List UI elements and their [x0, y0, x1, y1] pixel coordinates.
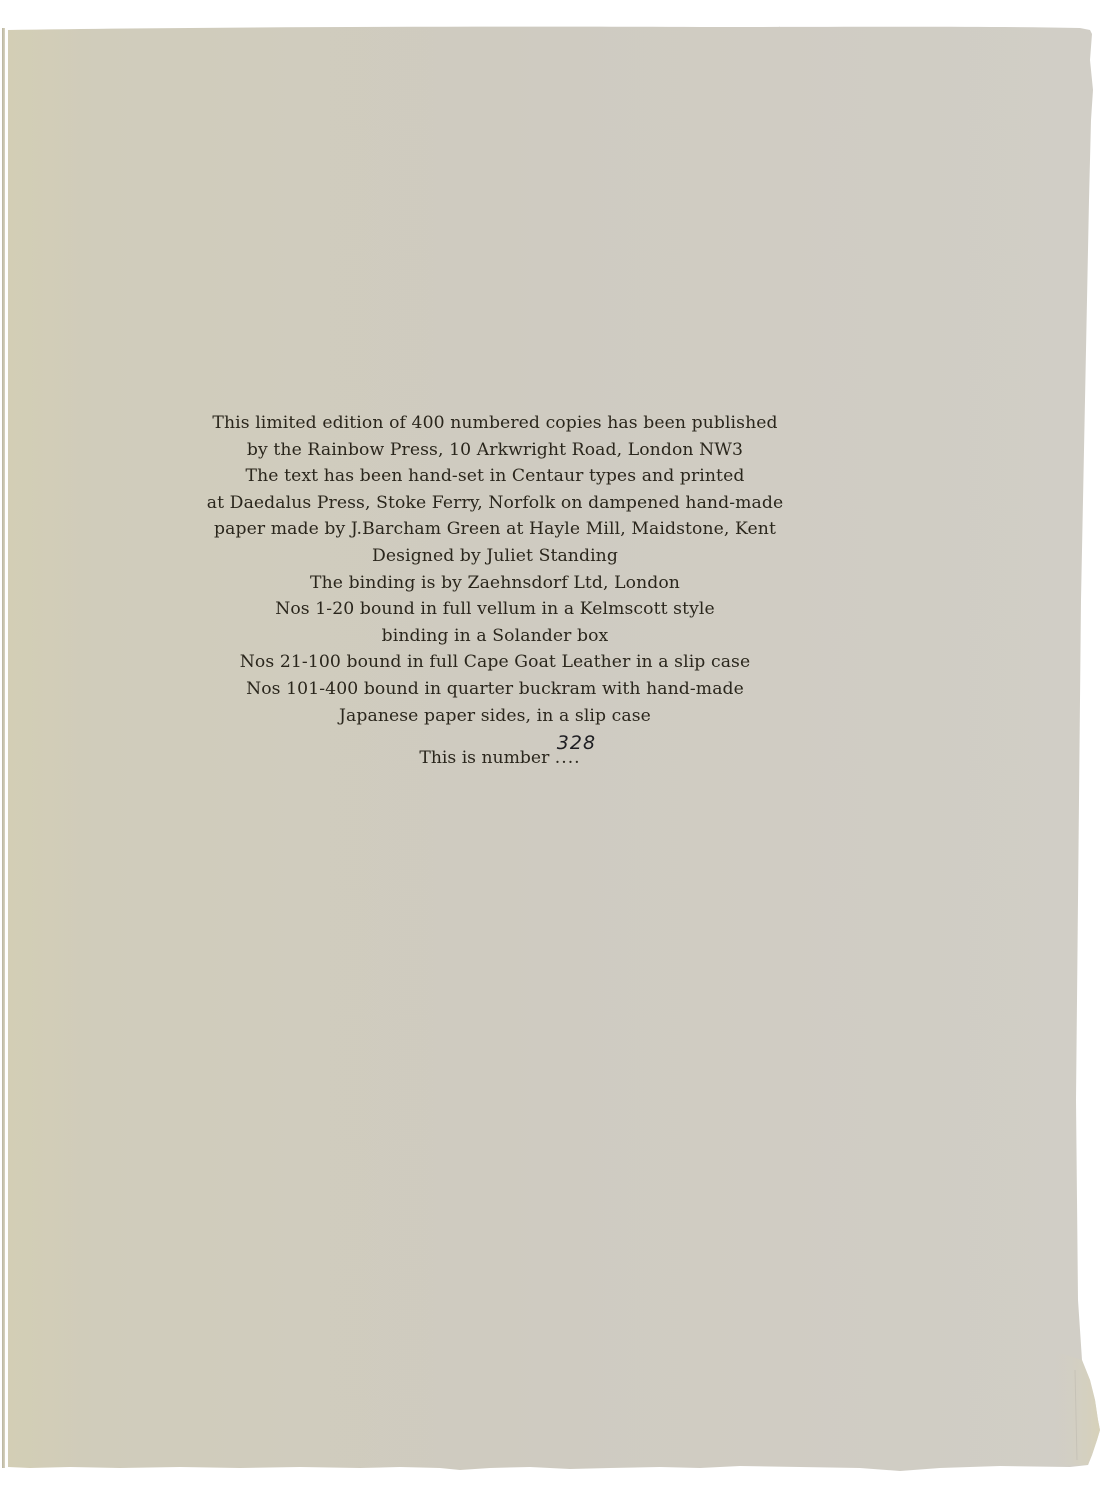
colophon-line-edition: This limited edition of 400 numbered cop… [0, 410, 990, 437]
colophon-line-japanese-paper: Japanese paper sides, in a slip case [0, 703, 990, 730]
colophon-line-binder: The binding is by Zaehnsdorf Ltd, London [0, 570, 990, 597]
edition-number: This is number ....328 [0, 748, 1000, 768]
colophon-line-solander-box: binding in a Solander box [0, 623, 990, 650]
colophon-line-printer: at Daedalus Press, Stoke Ferry, Norfolk … [0, 490, 990, 517]
scanned-page: This limited edition of 400 numbered cop… [0, 0, 1113, 1500]
colophon-line-goat-leather-copies: Nos 21-100 bound in full Cape Goat Leath… [0, 649, 990, 676]
colophon-line-typeset: The text has been hand-set in Centaur ty… [0, 463, 990, 490]
colophon-line-designer: Designed by Juliet Standing [0, 543, 990, 570]
edition-number-label: This is number [419, 748, 549, 768]
colophon-line-buckram-copies: Nos 101-400 bound in quarter buckram wit… [0, 676, 990, 703]
colophon-line-vellum-copies: Nos 1-20 bound in full vellum in a Kelms… [0, 596, 990, 623]
handwritten-edition-number: 328 [557, 732, 596, 754]
edition-number-dotted-field: ....328 [555, 748, 581, 768]
colophon-line-paper: paper made by J.Barcham Green at Hayle M… [0, 516, 990, 543]
colophon-line-publisher: by the Rainbow Press, 10 Arkwright Road,… [0, 437, 990, 464]
colophon-text-block: This limited edition of 400 numbered cop… [0, 410, 990, 729]
